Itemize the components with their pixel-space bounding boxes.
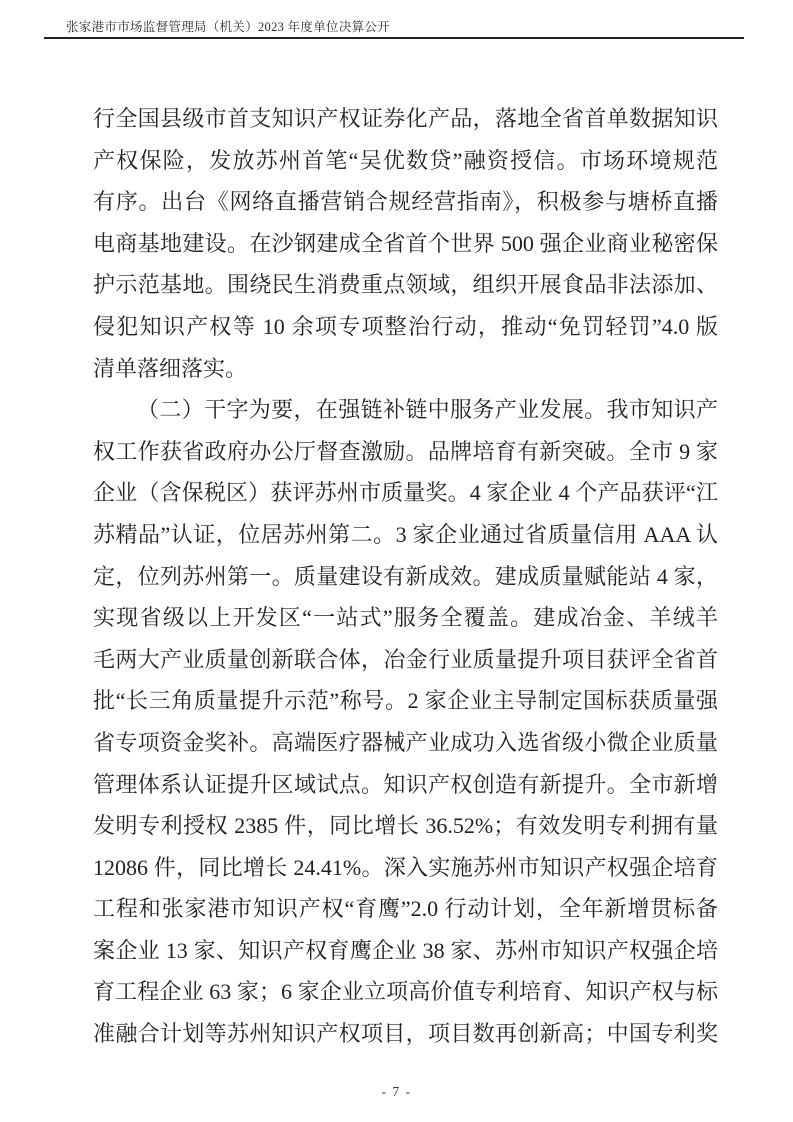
document-page: 张家港市市场监督管理局（机关）2023 年度单位决算公开 行全国县级市首支知识产… bbox=[0, 0, 793, 1122]
page-number: - 7 - bbox=[0, 1084, 793, 1100]
text-line: 侵犯知识产权等 10 余项专项整治行动，推动“免罚轻罚”4.0 版 bbox=[93, 306, 718, 348]
document-body: 行全国县级市首支知识产权证券化产品，落地全省首单数据知识产权保险，发放苏州首笔“… bbox=[93, 98, 718, 1055]
text-line: 工程和张家港市知识产权“育鹰”2.0 行动计划，全年新增贯标备 bbox=[93, 888, 718, 930]
text-line: 清单落细落实。 bbox=[93, 348, 718, 390]
text-line: 企业（含保税区）获评苏州市质量奖。4 家企业 4 个产品获评“江 bbox=[93, 472, 718, 514]
text-line: 产权保险，发放苏州首笔“吴优数贷”融资授信。市场环境规范 bbox=[93, 140, 718, 182]
text-line: 发明专利授权 2385 件，同比增长 36.52%；有效发明专利拥有量 bbox=[93, 805, 718, 847]
text-line: 育工程企业 63 家；6 家企业立项高价值专利培育、知识产权与标 bbox=[93, 971, 718, 1013]
text-line: 苏精品”认证，位居苏州第二。3 家企业通过省质量信用 AAA 认 bbox=[93, 514, 718, 556]
text-line: 定，位列苏州第一。质量建设有新成效。建成质量赋能站 4 家， bbox=[93, 556, 718, 598]
header-rule bbox=[44, 37, 744, 39]
text-line: 权工作获省政府办公厅督查激励。品牌培育有新突破。全市 9 家 bbox=[93, 431, 718, 473]
page-header-title: 张家港市市场监督管理局（机关）2023 年度单位决算公开 bbox=[66, 20, 390, 34]
text-line: 管理体系认证提升区域试点。知识产权创造有新提升。全市新增 bbox=[93, 764, 718, 806]
text-line: 12086 件，同比增长 24.41%。深入实施苏州市知识产权强企培育 bbox=[93, 847, 718, 889]
text-line: 案企业 13 家、知识产权育鹰企业 38 家、苏州市知识产权强企培 bbox=[93, 930, 718, 972]
text-line: 行全国县级市首支知识产权证券化产品，落地全省首单数据知识 bbox=[93, 98, 718, 140]
text-line: 毛两大产业质量创新联合体，冶金行业质量提升项目获评全省首 bbox=[93, 639, 718, 681]
text-line: 护示范基地。围绕民生消费重点领域，组织开展食品非法添加、 bbox=[93, 264, 718, 306]
text-line: 准融合计划等苏州知识产权项目，项目数再创新高；中国专利奖 bbox=[93, 1013, 718, 1055]
text-line: 实现省级以上开发区“一站式”服务全覆盖。建成冶金、羊绒羊 bbox=[93, 597, 718, 639]
text-line: 批“长三角质量提升示范”称号。2 家企业主导制定国标获质量强 bbox=[93, 680, 718, 722]
text-line: 电商基地建设。在沙钢建成全省首个世界 500 强企业商业秘密保 bbox=[93, 223, 718, 265]
text-line: （二）干字为要，在强链补链中服务产业发展。我市知识产 bbox=[93, 389, 718, 431]
text-line: 有序。出台《网络直播营销合规经营指南》，积极参与塘桥直播 bbox=[93, 181, 718, 223]
text-line: 省专项资金奖补。高端医疗器械产业成功入选省级小微企业质量 bbox=[93, 722, 718, 764]
